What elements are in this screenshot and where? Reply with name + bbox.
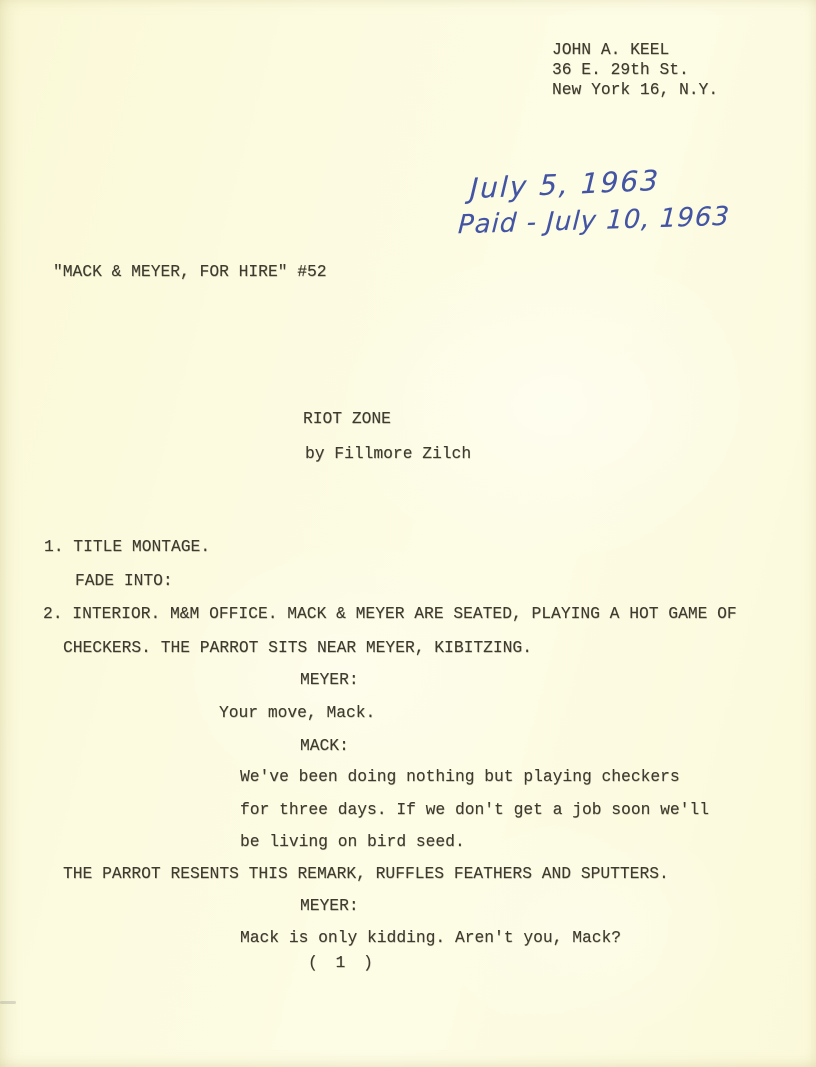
sender-city: New York 16, N.Y.	[552, 80, 718, 100]
script-line-scene-1: 1. TITLE MONTAGE.	[44, 537, 210, 557]
dialogue-mack-line-2: for three days. If we don't get a job so…	[240, 800, 709, 820]
speaker-mack: MACK:	[300, 736, 349, 756]
script-line-scene-2: 2. INTERIOR. M&M OFFICE. MACK & MEYER AR…	[43, 604, 737, 624]
page-number: ( 1 )	[308, 953, 377, 973]
series-title-line: "MACK & MEYER, FOR HIRE" #52	[53, 262, 327, 282]
speaker-meyer-2: MEYER:	[300, 896, 359, 916]
dialogue-meyer: Your move, Mack.	[219, 703, 375, 723]
script-line-scene-2-cont: CHECKERS. THE PARROT SITS NEAR MEYER, KI…	[63, 638, 532, 658]
dialogue-meyer-2: Mack is only kidding. Aren't you, Mack?	[240, 928, 621, 948]
paper-background	[0, 0, 816, 1067]
script-line-fade-into: FADE INTO:	[75, 571, 173, 591]
episode-title: RIOT ZONE	[303, 409, 391, 429]
dialogue-mack-line-3: be living on bird seed.	[240, 832, 465, 852]
sender-street: 36 E. 29th St.	[552, 60, 689, 80]
speaker-meyer: MEYER:	[300, 670, 359, 690]
script-line-parrot-action: THE PARROT RESENTS THIS REMARK, RUFFLES …	[63, 864, 669, 884]
dialogue-mack-line-1: We've been doing nothing but playing che…	[240, 767, 680, 787]
scan-artifact	[0, 1001, 16, 1004]
episode-byline: by Fillmore Zilch	[305, 444, 471, 464]
sender-name: JOHN A. KEEL	[552, 40, 669, 60]
